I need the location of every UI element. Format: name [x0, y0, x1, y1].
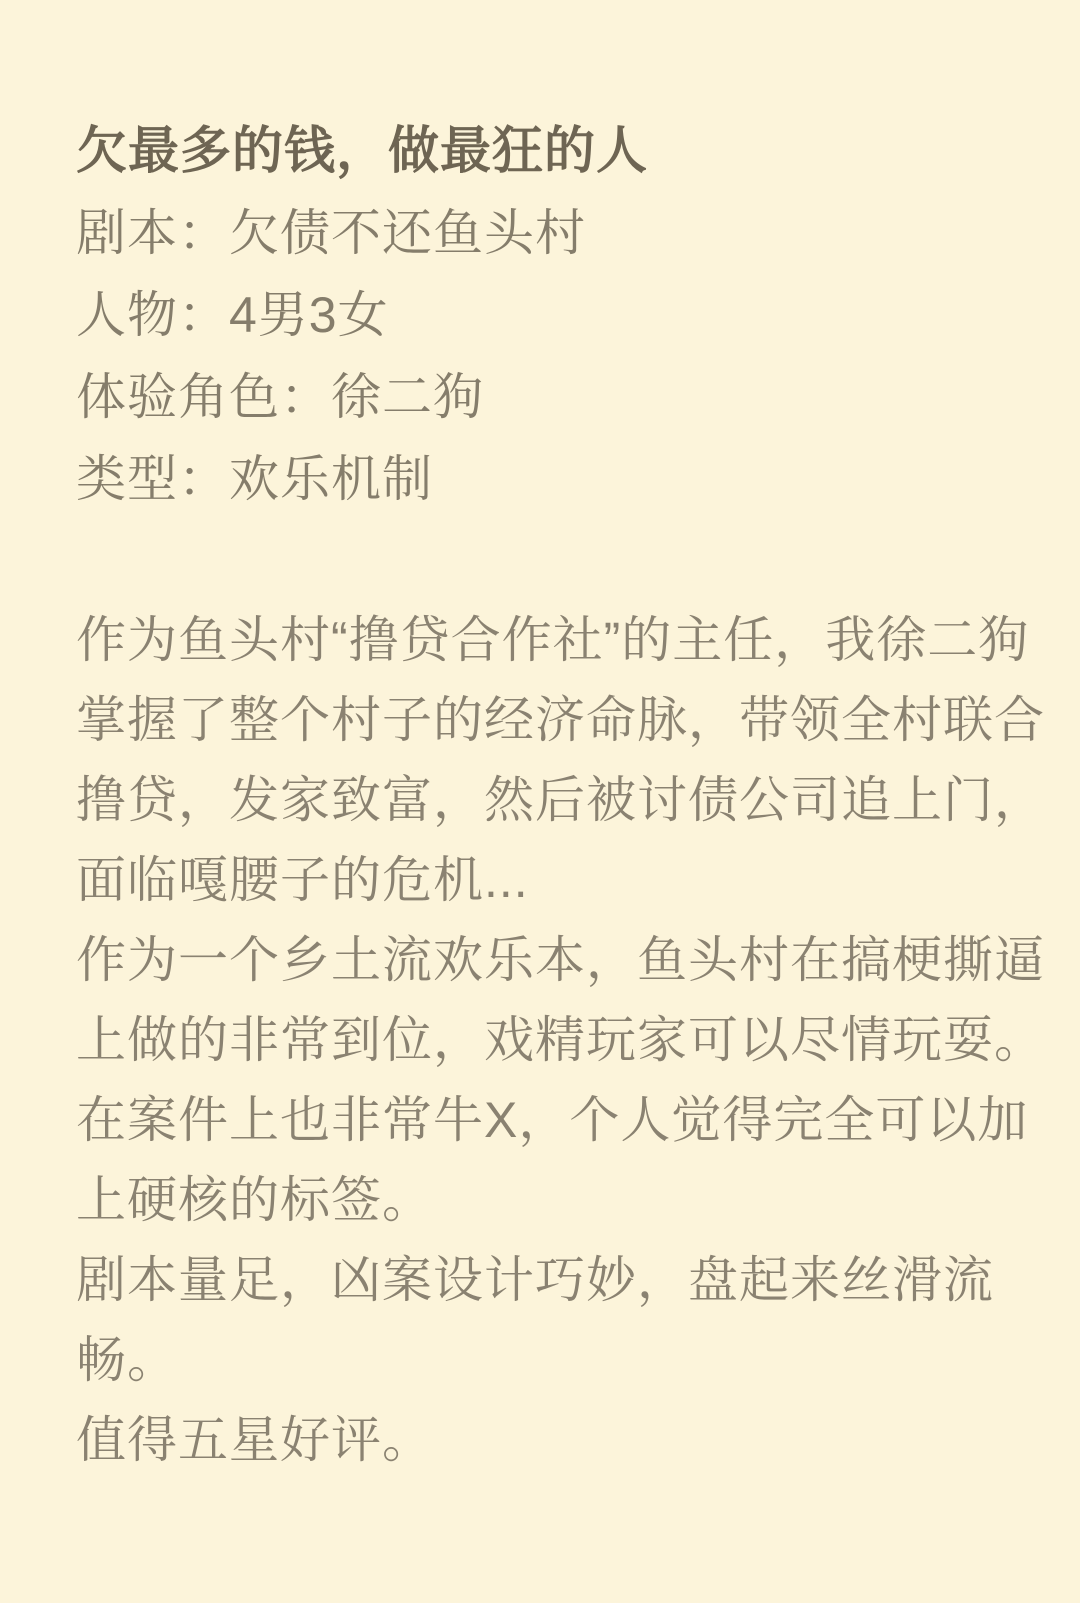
post-title: 欠最多的钱，做最狂的人: [76, 110, 1014, 192]
meta-script-name: 剧本：欠债不还鱼头村: [76, 192, 1014, 274]
meta-played-role: 体验角色：徐二狗: [76, 356, 1014, 438]
review-line: 作为鱼头村“撸贷合作社”的主任，我徐二狗: [76, 600, 1014, 680]
review-line: 在案件上也非常牛X，个人觉得完全可以加: [76, 1080, 1014, 1160]
review-line: 剧本量足，凶案设计巧妙，盘起来丝滑流: [76, 1240, 1014, 1320]
review-body: 作为鱼头村“撸贷合作社”的主任，我徐二狗 掌握了整个村子的经济命脉，带领全村联合…: [76, 600, 1014, 1480]
review-line: 作为一个乡土流欢乐本，鱼头村在搞梗撕逼: [76, 920, 1014, 1000]
meta-player-count: 人物：4男3女: [76, 274, 1014, 356]
post-meta: 剧本：欠债不还鱼头村 人物：4男3女 体验角色：徐二狗 类型：欢乐机制: [76, 192, 1014, 520]
review-line: 掌握了整个村子的经济命脉，带领全村联合: [76, 680, 1014, 760]
review-line: 撸贷，发家致富，然后被讨债公司追上门，: [76, 760, 1014, 840]
section-spacer: [76, 520, 1014, 600]
review-line: 值得五星好评。: [76, 1400, 1014, 1480]
meta-genre: 类型：欢乐机制: [76, 438, 1014, 520]
review-line: 畅。: [76, 1320, 1014, 1400]
review-line: 面临嘎腰子的危机...: [76, 840, 1014, 920]
review-line: 上做的非常到位，戏精玩家可以尽情玩耍。: [76, 1000, 1014, 1080]
review-line: 上硬核的标签。: [76, 1160, 1014, 1240]
post-page: 欠最多的钱，做最狂的人 剧本：欠债不还鱼头村 人物：4男3女 体验角色：徐二狗 …: [0, 0, 1080, 1603]
